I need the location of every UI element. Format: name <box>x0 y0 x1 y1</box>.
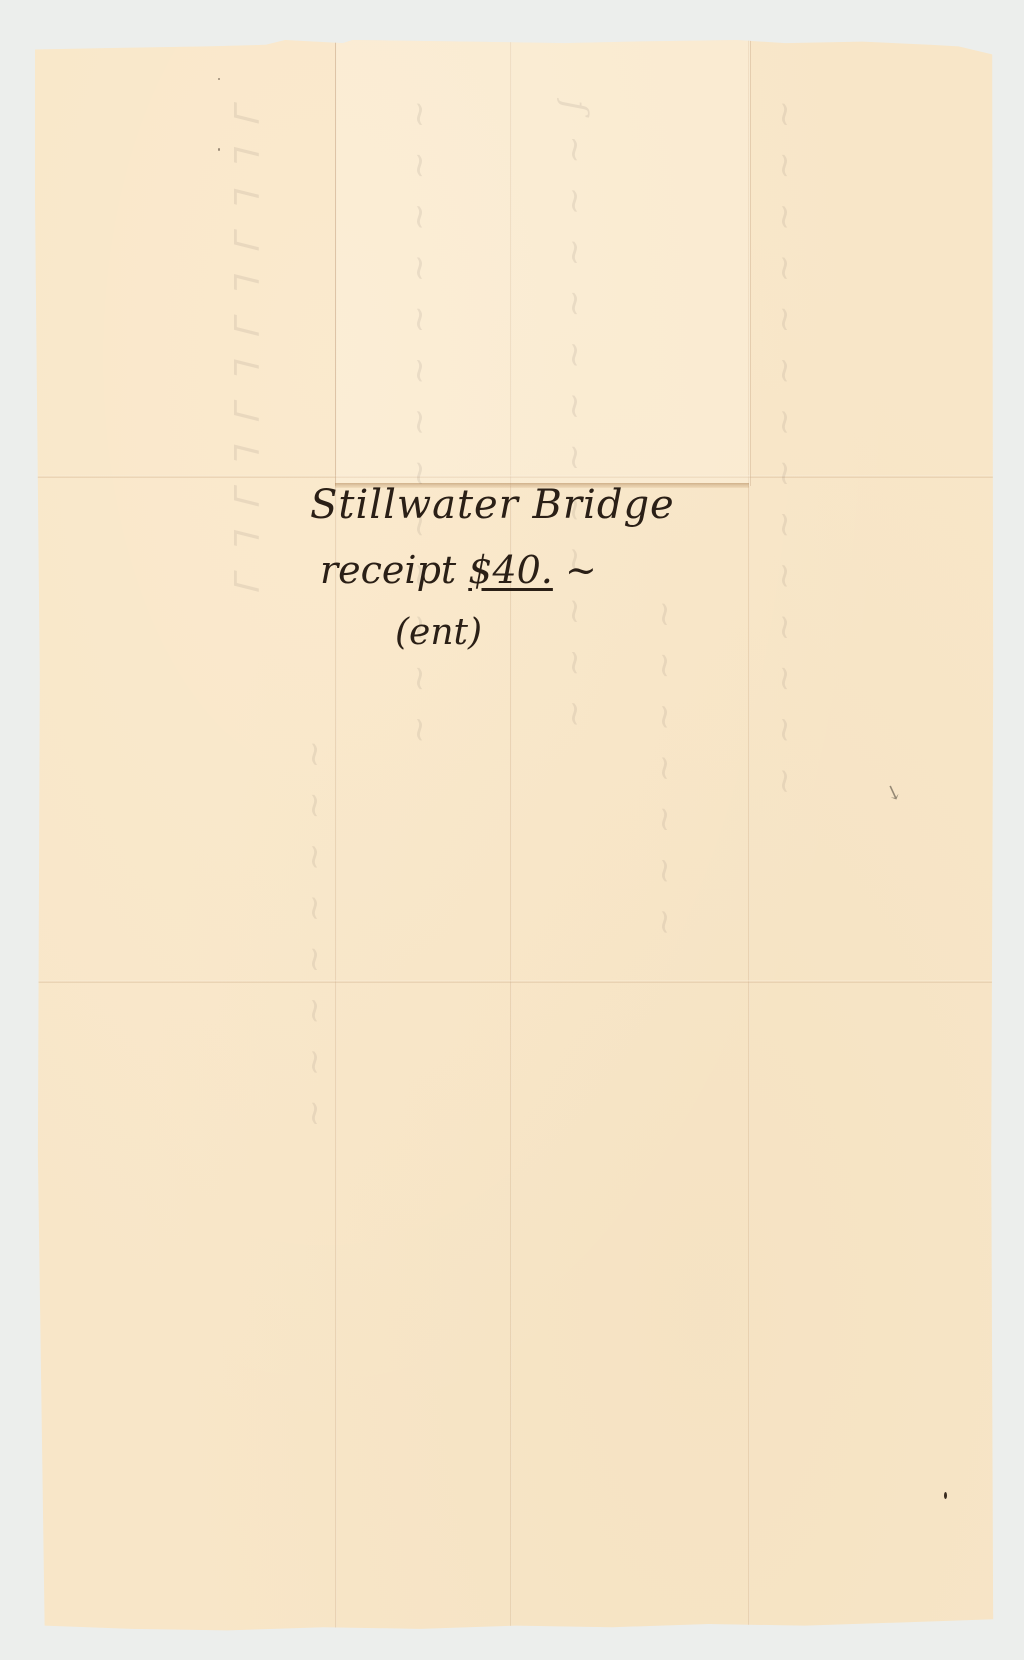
ink-speck <box>944 1492 947 1499</box>
bleed-through-text: ~ ~ ~ ~ ~ ~ ~ <box>645 600 685 942</box>
ink-speck <box>218 78 220 80</box>
folded-flap <box>335 40 751 486</box>
docket-line-note: (ent) <box>395 612 482 653</box>
docket-line-receipt: receipt $40. ~ <box>320 548 597 592</box>
bleed-through-text: ſ ~ ~ ~ ~ ~ ~ ~ ~ ~ ~ ~ ~ <box>555 100 595 734</box>
ink-speck <box>218 148 220 151</box>
bleed-through-text: ᒧ ᒪ ᒪ ᒧ ᒪ ᒧ ᒪ ᒧ ᒪ ᒧ ᒪ ᒧ <box>225 100 265 595</box>
receipt-flourish: ~ <box>553 548 597 592</box>
bleed-through-text: ~ ~ ~ ~ ~ ~ ~ ~ ~ ~ ~ ~ ~ ~ <box>765 100 805 801</box>
bleed-through-text: ~ ~ ~ ~ ~ ~ ~ ~ <box>295 740 335 1134</box>
fold-line-horizontal <box>35 980 997 983</box>
receipt-amount: $40. <box>468 548 553 592</box>
docket-line-title: Stillwater Bridge <box>310 482 675 528</box>
receipt-label: receipt <box>320 548 468 592</box>
paper-sheet: ᒧ ᒪ ᒪ ᒧ ᒪ ᒧ ᒪ ᒧ ᒪ ᒧ ᒪ ᒧ ~ ~ ~ ~ ~ ~ ~ ~ … <box>35 40 997 1632</box>
